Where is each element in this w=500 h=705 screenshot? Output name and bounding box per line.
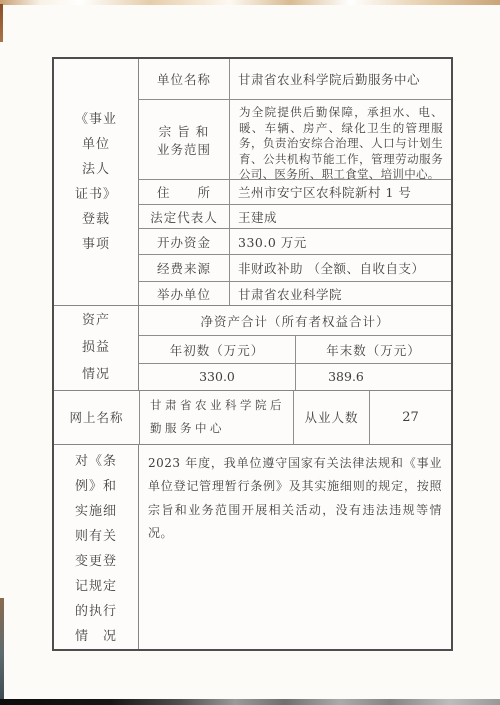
scan-edge-top <box>0 0 500 5</box>
address-label: 住 所 <box>139 180 230 204</box>
sponsor-unit-value: 甘肃省农业科学院 <box>230 282 451 305</box>
purpose-scope-label-line: 宗 旨 和 <box>159 122 209 140</box>
table-row-address: 住 所 兰州市安宁区农科院新村 1 号 <box>139 180 451 205</box>
funding-source-label: 经费来源 <box>139 255 230 281</box>
purpose-scope-label-line: 业务范围 <box>157 140 211 158</box>
staff-count-label: 从业人数 <box>294 391 370 444</box>
online-name-label: 网上名称 <box>54 391 140 444</box>
year-end-header: 年末数（万元） <box>296 336 451 363</box>
legal-representative-value: 王建成 <box>230 205 451 228</box>
assets-section-label: 资产 损益 情况 <box>54 306 139 389</box>
label-line: 单位 <box>82 132 110 157</box>
label-line: 对《条 <box>75 449 117 474</box>
label-line: 实施细 <box>75 499 117 524</box>
table-row-funding-source: 经费来源 非财政补助 （全额、自收自支） <box>139 255 451 282</box>
label-line: 例》和 <box>75 474 117 499</box>
scan-edge-bottom <box>0 699 500 705</box>
certificate-items-label: 《事业 单位 法人 证书》 登载 事项 <box>54 59 139 305</box>
assets-values-row: 330.0 389.6 <box>139 364 451 389</box>
staff-count-value: 27 <box>370 391 451 444</box>
label-line: 证书》 <box>75 182 117 207</box>
net-assets-header: 净资产合计（所有者权益合计） <box>139 306 451 336</box>
compliance-section: 对《条 例》和 实施细 则有关 变更登 记规定 的执行 情 况 2023 年度，… <box>54 445 451 649</box>
table-row-opening-funds: 开办资金 330.0 万元 <box>139 229 451 255</box>
label-line: 《事业 <box>75 107 117 132</box>
table-row-sponsor-unit: 举办单位 甘肃省农业科学院 <box>139 282 451 305</box>
table-row-legal-representative: 法定代表人 王建成 <box>139 205 451 229</box>
assets-section: 资产 损益 情况 净资产合计（所有者权益合计） 年初数（万元） 年末数（万元） … <box>54 306 451 390</box>
address-value: 兰州市安宁区农科院新村 1 号 <box>230 180 451 204</box>
table-row-unit-name: 单位名称 甘肃省农业科学院后勤服务中心 <box>139 59 451 100</box>
label-line: 则有关 <box>75 524 117 549</box>
scan-edge-left-bottom <box>0 598 4 700</box>
legal-representative-label: 法定代表人 <box>139 205 230 228</box>
label-line: 情 况 <box>75 624 117 649</box>
label-line: 变更登 <box>75 549 117 574</box>
certificate-items-section: 《事业 单位 法人 证书》 登载 事项 单位名称 甘肃省农业科学院后勤服务中心 … <box>54 59 451 306</box>
scanned-annual-report-page: { "page": { "background_color": "#fcfbf8… <box>0 0 500 705</box>
year-start-value: 330.0 <box>139 364 296 389</box>
funding-source-value: 非财政补助 （全额、自收自支） <box>230 255 451 281</box>
label-line: 登载 <box>82 207 110 232</box>
year-start-header: 年初数（万元） <box>139 336 296 363</box>
label-line: 资产 <box>82 307 110 334</box>
certificate-items-rows: 单位名称 甘肃省农业科学院后勤服务中心 宗 旨 和 业务范围 为全院提供后勤保障… <box>139 59 451 305</box>
label-line: 损益 <box>82 334 110 361</box>
label-line: 记规定 <box>75 574 117 599</box>
table-row-purpose-scope: 宗 旨 和 业务范围 为全院提供后勤保障，承担水、电、暖、车辆、房产、绿化卫生的… <box>139 100 451 180</box>
purpose-scope-label: 宗 旨 和 业务范围 <box>139 100 230 179</box>
label-line: 法人 <box>82 157 110 182</box>
opening-funds-label: 开办资金 <box>139 229 230 254</box>
compliance-statement-text: 2023 年度，我单位遵守国家有关法律法规和《事业单位登记管理暂行条例》及其实施… <box>139 445 451 649</box>
opening-funds-value: 330.0 万元 <box>230 229 451 254</box>
year-end-value: 389.6 <box>296 364 451 389</box>
label-line: 情况 <box>82 361 110 388</box>
unit-name-label: 单位名称 <box>139 59 230 99</box>
assets-column-headers: 年初数（万元） 年末数（万元） <box>139 336 451 364</box>
registration-table: 《事业 单位 法人 证书》 登载 事项 单位名称 甘肃省农业科学院后勤服务中心 … <box>52 57 453 651</box>
online-name-row: 网上名称 甘肃省农业科学院后勤服务中心 从业人数 27 <box>54 391 451 445</box>
purpose-scope-value: 为全院提供后勤保障，承担水、电、暖、车辆、房产、绿化卫生的管理服务，负责治安综合… <box>230 100 451 179</box>
label-line: 事项 <box>82 232 110 257</box>
sponsor-unit-label: 举办单位 <box>139 282 230 305</box>
label-line: 的执行 <box>75 599 117 624</box>
assets-grid: 净资产合计（所有者权益合计） 年初数（万元） 年末数（万元） 330.0 389… <box>139 306 451 389</box>
compliance-section-label: 对《条 例》和 实施细 则有关 变更登 记规定 的执行 情 况 <box>54 445 139 649</box>
online-name-value: 甘肃省农业科学院后勤服务中心 <box>140 391 294 444</box>
unit-name-value: 甘肃省农业科学院后勤服务中心 <box>230 59 451 99</box>
scan-edge-left-top <box>0 4 3 42</box>
